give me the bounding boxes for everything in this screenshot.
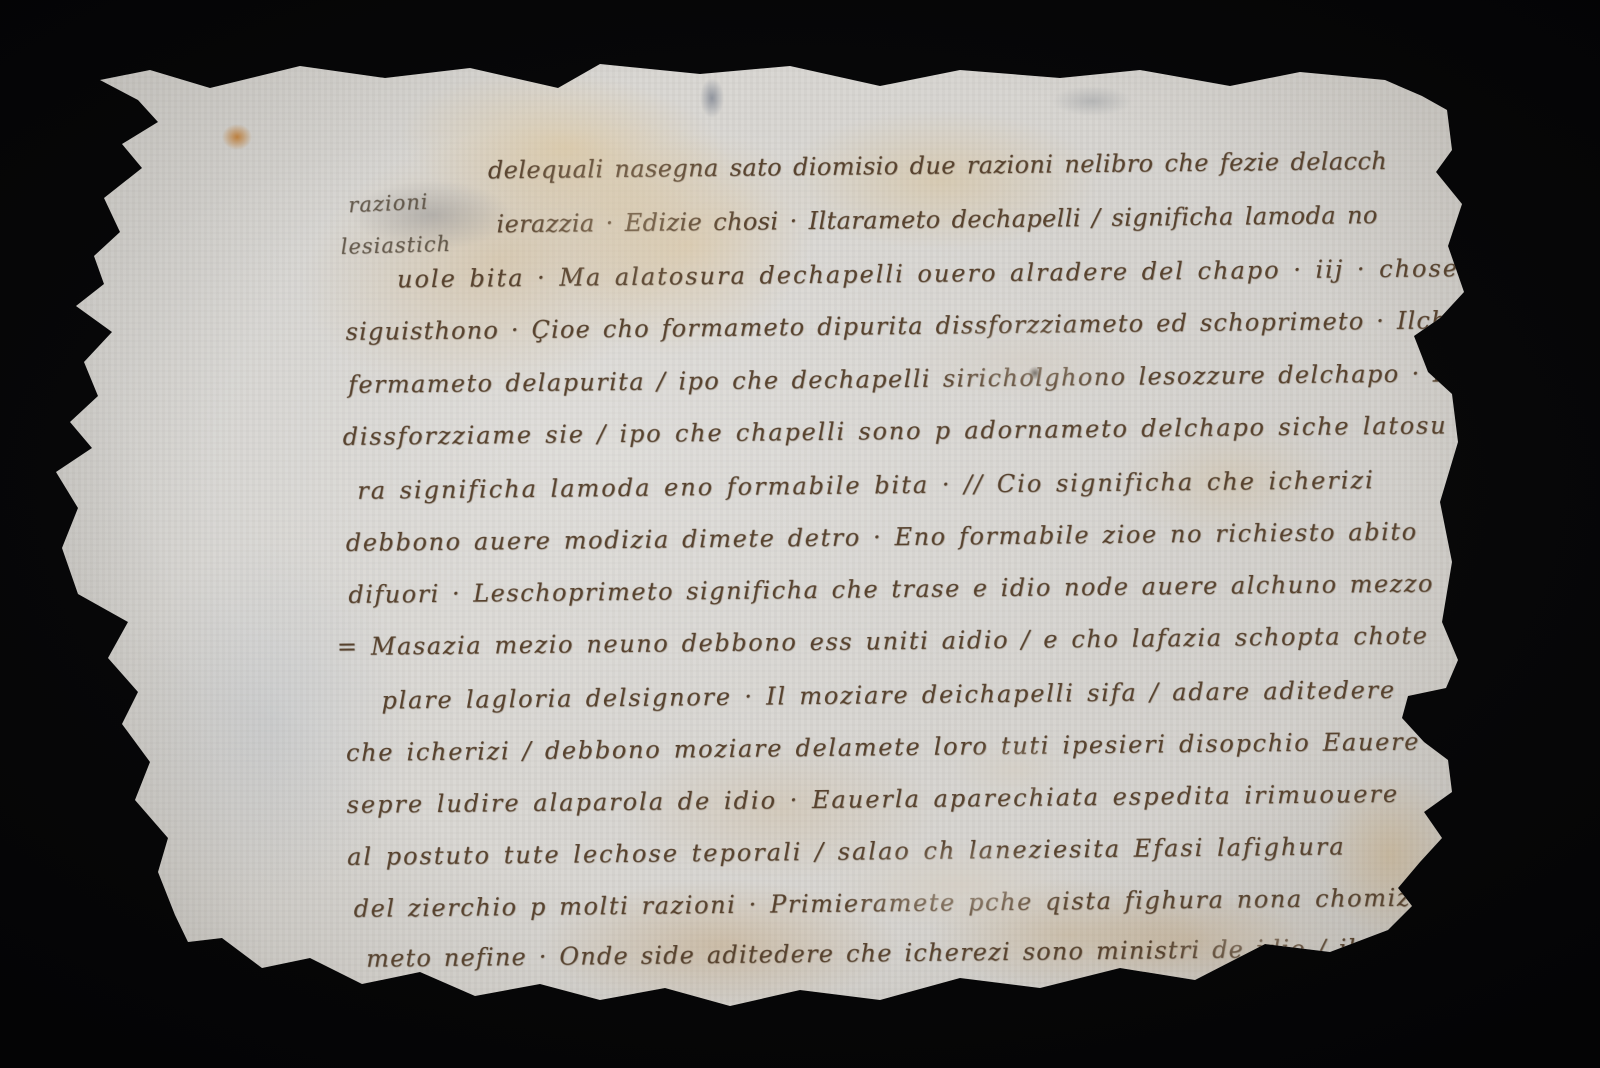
manuscript-line: ra significha lamoda eno formabile bita … xyxy=(357,466,1375,505)
manuscript-line: = Masazia mezio neuno debbono ess uniti … xyxy=(337,622,1429,661)
manuscript-line: debbono auere modizia dimete detro · Eno… xyxy=(346,518,1418,557)
manuscript-line: ierazzia · Edizie chosi · Iltarameto dec… xyxy=(496,201,1378,238)
manuscript-line: siguisthono · Çioe cho formameto dipurit… xyxy=(345,306,1463,346)
manuscript-line: che icherizi / debbono moziare delamete … xyxy=(346,728,1420,767)
manuscript-text: razioni lesiastich delequali nasegna sat… xyxy=(0,0,1600,1068)
manuscript-line: del zierchio p molti razioni · Primieram… xyxy=(354,884,1428,923)
manuscript-line: al postuto tute lechose teporali / salao… xyxy=(347,832,1346,870)
manuscript-line: plare lagloria delsignore · Il moziare d… xyxy=(381,676,1396,715)
manuscript-line: sepre ludire alaparola de idio · Eauerla… xyxy=(346,780,1399,819)
photo-background: razioni lesiastich delequali nasegna sat… xyxy=(0,0,1600,1068)
margin-note: lesiastich xyxy=(340,232,451,259)
manuscript-line: delequali nasegna sato diomisio due razi… xyxy=(488,147,1388,184)
manuscript-line: meto nefine · Onde side aditedere che ic… xyxy=(366,934,1403,973)
manuscript-line: difuori · Leschoprimeto significha che t… xyxy=(348,570,1434,609)
manuscript-line: fermameto delapurita / ipo che dechapell… xyxy=(348,359,1453,399)
margin-note: razioni xyxy=(348,190,429,218)
manuscript-paper: razioni lesiastich delequali nasegna sat… xyxy=(0,0,1600,1068)
manuscript-line: dissforzziame sie / ipo che chapelli son… xyxy=(343,411,1448,451)
manuscript-line: uole bita · Ma alatosura dechapelli ouer… xyxy=(397,254,1459,293)
